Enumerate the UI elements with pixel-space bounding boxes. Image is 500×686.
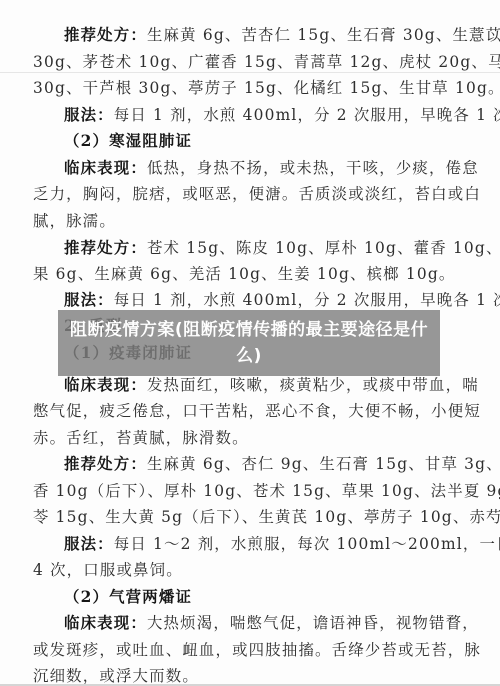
text-line: 4 次，口服或鼻饲。	[33, 557, 453, 583]
title-overlay-banner: 阻断疫情方案(阻断疫情传播的最主要途径是什么)	[58, 310, 440, 376]
symptoms-label: 临床表现：	[64, 614, 147, 632]
text-line: 或发斑疹，或吐血、衄血，或四肢抽搐。舌绛少苔或无苔，脉	[33, 637, 453, 663]
symptoms-label: 临床表现：	[64, 159, 147, 177]
prescription-label: 推荐处方：	[64, 455, 147, 473]
prescription-label: 推荐处方：	[64, 239, 147, 257]
text-line: 腻，脉濡。	[33, 208, 453, 234]
text-line: 憋气促，疲乏倦怠，口干苦粘，恶心不食，大便不畅，小便短	[33, 398, 453, 424]
text-line: 30g、干芦根 30g、葶苈子 15g、化橘红 15g、生甘草 10g。	[33, 75, 453, 101]
text-line: 赤。舌红，苔黄腻，脉滑数。	[33, 425, 453, 451]
text-line: 沉细数，或浮大而数。	[33, 663, 453, 686]
text-line: 乏力，胸闷，脘痞，或呕恶，便溏。舌质淡或淡红，苔白或白	[33, 181, 453, 207]
dosage-label: 服法：	[64, 291, 114, 309]
dosage-label: 服法：	[64, 106, 114, 124]
overlay-title: 阻断疫情方案(阻断疫情传播的最主要途径是什么)	[64, 317, 434, 369]
prescription-text: 生麻黄 6g、杏仁 9g、生石膏 15g、甘草 3g、藿	[147, 455, 500, 473]
symptoms-line: 临床表现：大热烦渴，喘憋气促，谵语神昏，视物错瞀，	[64, 610, 453, 636]
prescription-line: 推荐处方：生麻黄 6g、苦杏仁 15g、生石膏 30g、生薏苡仁	[64, 22, 453, 48]
dosage-text: 每日 1 剂，水煎 400ml，分 2 次服用，早晚各 1 次。	[114, 106, 500, 124]
dosage-label: 服法：	[64, 535, 114, 553]
text-line: 苓 15g、生大黄 5g（后下）、生黄芪 10g、葶苈子 10g、赤芍 10g。	[33, 504, 453, 530]
dosage-text: 每日 1～2 剂，水煎服，每次 100ml～200ml，一日 2～	[114, 535, 500, 553]
prescription-line: 推荐处方：生麻黄 6g、杏仁 9g、生石膏 15g、甘草 3g、藿	[64, 451, 453, 477]
symptoms-text: 发热面红，咳嗽，痰黄粘少，或痰中带血，喘	[147, 376, 479, 394]
text-line: 果 6g、生麻黄 6g、羌活 10g、生姜 10g、槟榔 10g。	[33, 261, 453, 287]
document-page: .ln { position: absolute; left: 33px; wi…	[0, 0, 500, 686]
prescription-line: 推荐处方：苍术 15g、陈皮 10g、厚朴 10g、藿香 10g、草	[64, 235, 453, 261]
prescription-text: 生麻黄 6g、苦杏仁 15g、生石膏 30g、生薏苡仁	[147, 26, 500, 44]
section-heading: （2）寒湿阻肺证	[64, 128, 484, 154]
symptoms-label: 临床表现：	[64, 376, 147, 394]
symptoms-line: 临床表现：低热，身热不扬，或未热，干咳，少痰，倦怠	[64, 155, 453, 181]
section-heading: （2）气营两燔证	[64, 584, 484, 610]
symptoms-text: 大热烦渴，喘憋气促，谵语神昏，视物错瞀，	[147, 614, 479, 632]
prescription-label: 推荐处方：	[64, 26, 147, 44]
text-line: 香 10g（后下）、厚朴 10g、苍术 15g、草果 10g、法半夏 9g、茯	[33, 478, 453, 504]
prescription-text: 苍术 15g、陈皮 10g、厚朴 10g、藿香 10g、草	[147, 239, 500, 257]
symptoms-text: 低热，身热不扬，或未热，干咳，少痰，倦怠	[147, 159, 479, 177]
dosage-line: 服法：每日 1～2 剂，水煎服，每次 100ml～200ml，一日 2～	[64, 531, 453, 557]
dosage-text: 每日 1 剂，水煎 400ml，分 2 次服用，早晚各 1 次。	[114, 291, 500, 309]
dosage-line: 服法：每日 1 剂，水煎 400ml，分 2 次服用，早晚各 1 次。	[64, 102, 453, 128]
text-line: 30g、茅苍术 10g、广藿香 15g、青蒿草 12g、虎杖 20g、马鞭草	[33, 49, 453, 75]
